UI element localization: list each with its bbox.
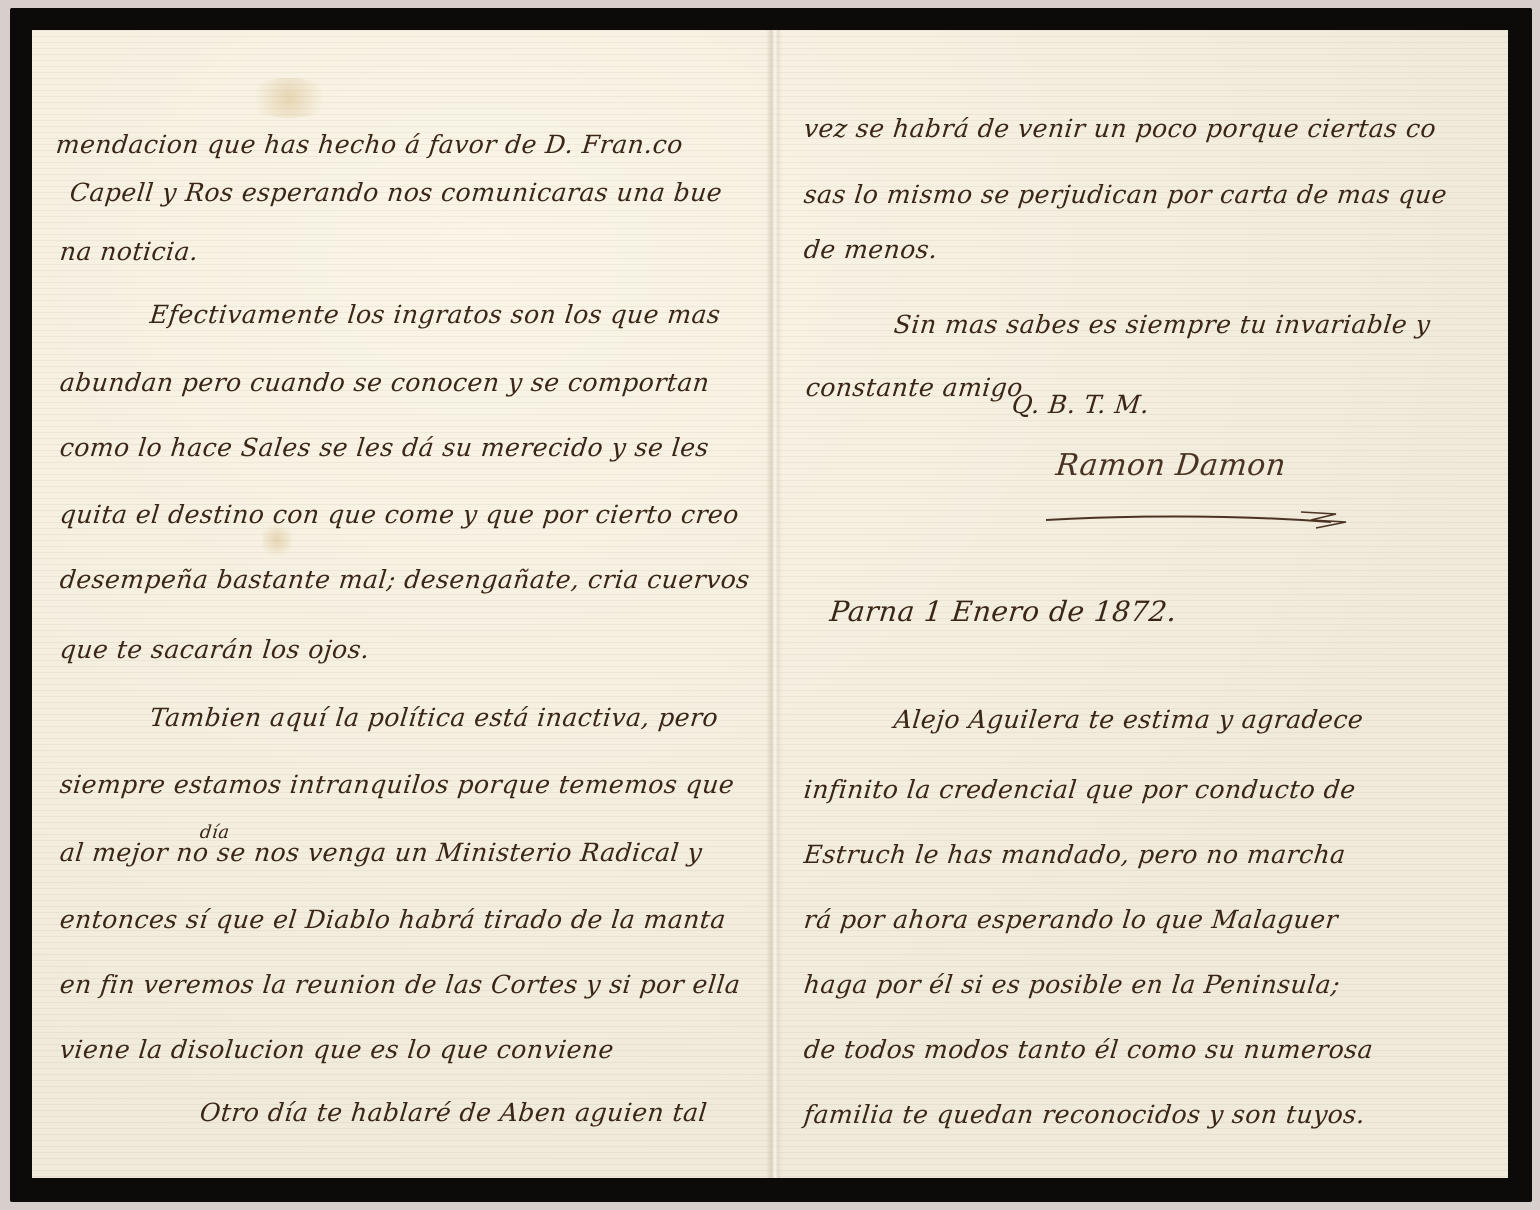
letter-line: Efectivamente los ingratos son los que m… xyxy=(148,300,722,329)
postscript-line: de todos modos tanto él como su numerosa xyxy=(802,1035,1374,1064)
letter-line: vez se habrá de venir un poco porque cie… xyxy=(802,114,1437,143)
letter-line: viene la disolucion que es lo que convie… xyxy=(58,1035,615,1064)
postscript-line: Estruch le has mandado, pero no marcha xyxy=(802,840,1347,869)
center-fold xyxy=(766,30,782,1178)
signature-flourish-icon xyxy=(1046,508,1356,530)
letter-line: abundan pero cuando se conocen y se comp… xyxy=(58,368,711,397)
letter-line: na noticia. xyxy=(58,237,200,266)
left-page: mendacion que has hecho á favor de D. Fr… xyxy=(32,30,768,1178)
letter-line: constante amigo xyxy=(804,373,1024,402)
right-page: vez se habrá de venir un poco porque cie… xyxy=(784,30,1508,1178)
letter-line: siempre estamos intranquilos porque teme… xyxy=(58,770,735,799)
postscript-line: Alejo Aguilera te estima y agradece xyxy=(892,705,1364,734)
letter-line: sas lo mismo se perjudican por carta de … xyxy=(802,180,1448,209)
postscript-line: rá por ahora esperando lo que Malaguer xyxy=(802,905,1339,934)
letter-sheet: mendacion que has hecho á favor de D. Fr… xyxy=(32,30,1508,1178)
postscript-line: familia te quedan reconocidos y son tuyo… xyxy=(802,1100,1366,1129)
letter-line: al mejor no se nos venga un Ministerio R… xyxy=(58,838,703,867)
letter-line: que te sacarán los ojos. xyxy=(58,635,371,664)
letter-line: quita el destino con que come y que por … xyxy=(58,500,740,529)
letter-line: Otro día te hablaré de Aben aguien tal xyxy=(198,1098,708,1127)
letter-line: Sin mas sabes es siempre tu invariable y xyxy=(892,310,1431,339)
date-line: Parna 1 Enero de 1872. xyxy=(828,595,1178,628)
postscript-line: infinito la credencial que por conducto … xyxy=(802,775,1357,804)
letter-line: desempeña bastante mal; desengañate, cri… xyxy=(58,565,751,594)
letter-line: entonces sí que el Diablo habrá tirado d… xyxy=(58,905,727,934)
postscript-line: haga por él si es posible en la Peninsul… xyxy=(802,970,1341,999)
document-scan: mendacion que has hecho á favor de D. Fr… xyxy=(0,0,1540,1210)
letter-line: Tambien aquí la política está inactiva, … xyxy=(148,703,719,732)
letter-line: Capell y Ros esperando nos comunicaras u… xyxy=(68,178,723,207)
letter-line: mendacion que has hecho á favor de D. Fr… xyxy=(54,130,684,159)
letter-line: de menos. xyxy=(802,235,939,264)
signature: Ramon Damon xyxy=(1054,448,1287,483)
closing-abbreviation: Q. B. T. M. xyxy=(1010,390,1150,419)
letter-line: en fin veremos la reunion de las Cortes … xyxy=(58,970,741,999)
letter-line: como lo hace Sales se les dá su merecido… xyxy=(58,433,710,462)
